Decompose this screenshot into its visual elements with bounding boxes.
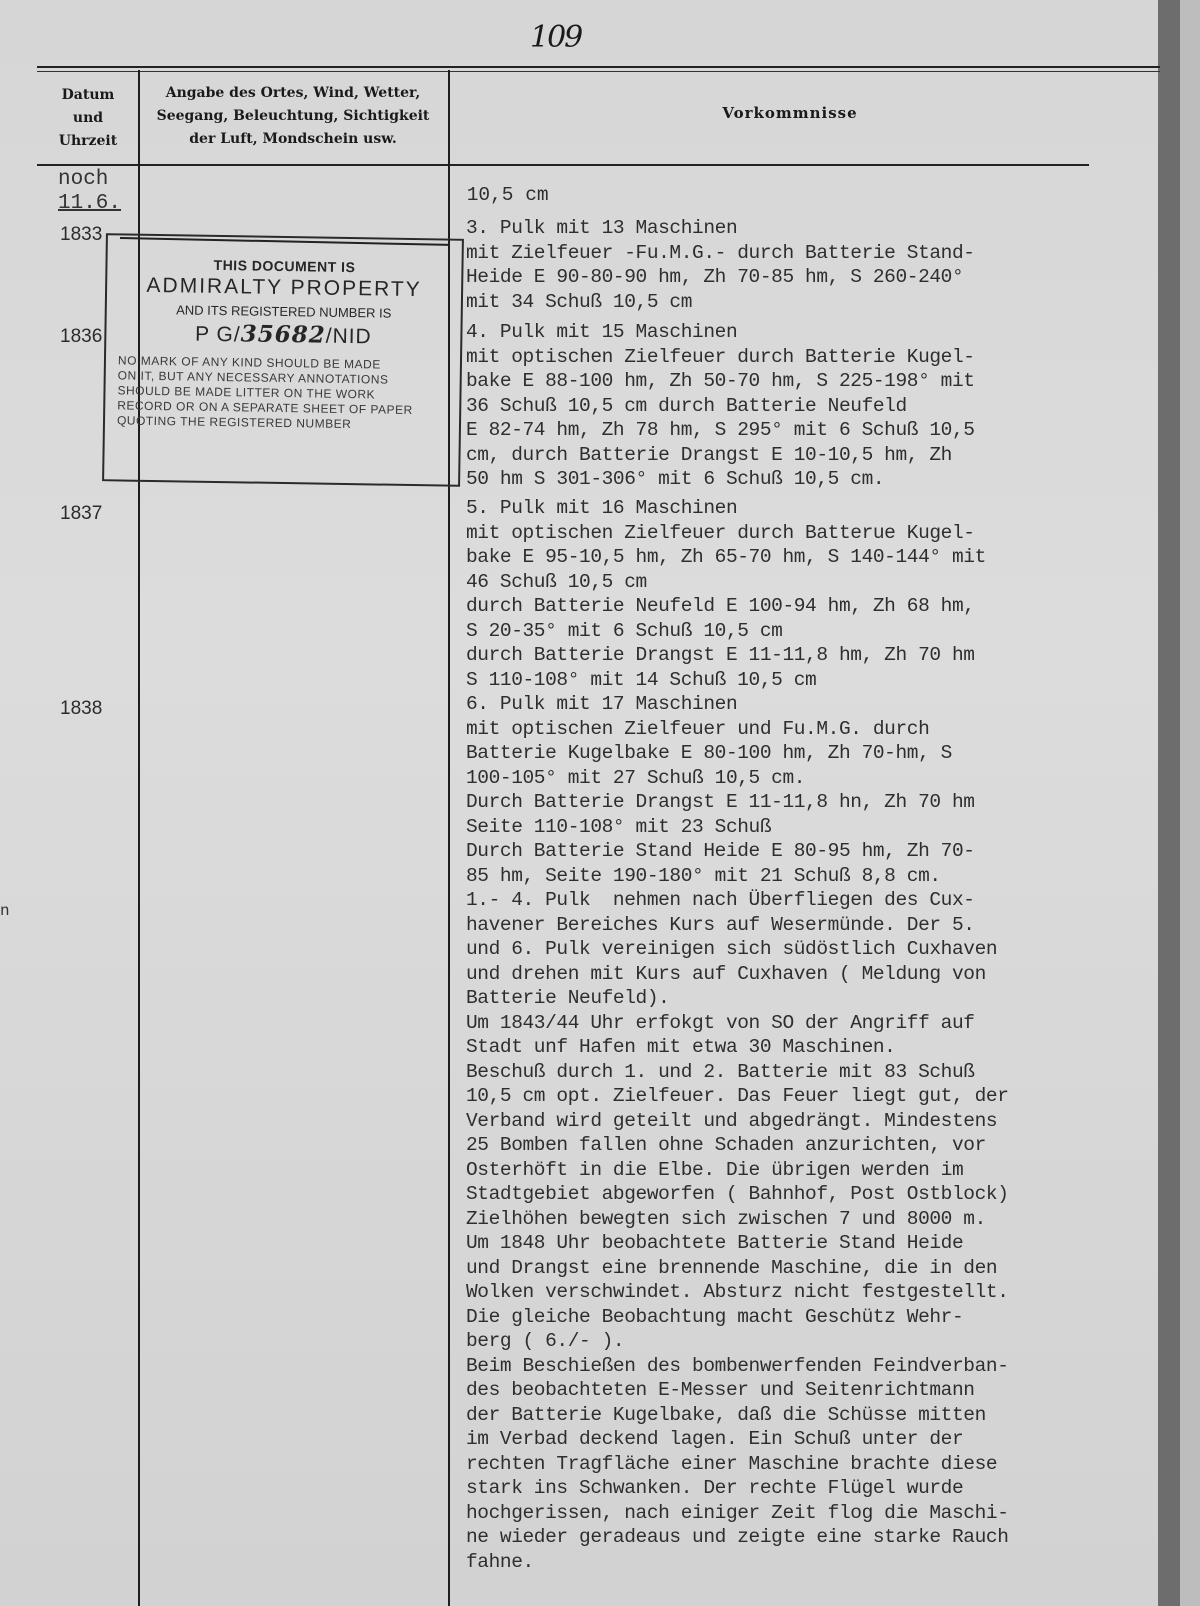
entry-time: 1838	[60, 698, 102, 720]
column-header-datum: Datum und Uhrzeit	[40, 84, 136, 153]
entry-time: 1833	[60, 224, 102, 246]
date-value: 11.6.	[58, 192, 121, 216]
column-header-ort: Angabe des Ortes, Wind, Wetter, Seegang,…	[140, 82, 446, 151]
entry-text-summary: 1.- 4. Pulk nehmen nach Überfliegen des …	[466, 888, 1156, 1574]
entry-text: 3. Pulk mit 13 Maschinen mit Zielfeuer -…	[466, 216, 1156, 314]
entry-text: 6. Pulk mit 17 Maschinen mit optischen Z…	[466, 692, 1156, 888]
column-header-vorkommnisse: Vorkommnisse	[600, 102, 980, 125]
admiralty-property-stamp: THIS DOCUMENT IS ADMIRALTY PROPERTY AND …	[102, 233, 464, 487]
margin-fragment: n	[0, 902, 10, 920]
registered-number: P G/35682/NID	[106, 318, 460, 351]
page-edge	[1180, 0, 1200, 1606]
date-prefix: noch	[58, 168, 121, 192]
entry-time: 1837	[60, 503, 102, 525]
entry-text: 5. Pulk mit 16 Maschinen mit optischen Z…	[466, 496, 1156, 692]
date-cell: noch 11.6.	[58, 168, 121, 216]
entry-text: 4. Pulk mit 15 Maschinen mit optischen Z…	[466, 320, 1156, 492]
header-bottom-rule	[37, 164, 1089, 166]
handwritten-page-number: 109	[530, 20, 581, 55]
continuation-text: 10,5 cm	[455, 184, 549, 206]
page-edge-shadow	[1158, 0, 1180, 1606]
table-top-rule	[37, 66, 1160, 72]
entry-time: 1836	[60, 326, 102, 348]
